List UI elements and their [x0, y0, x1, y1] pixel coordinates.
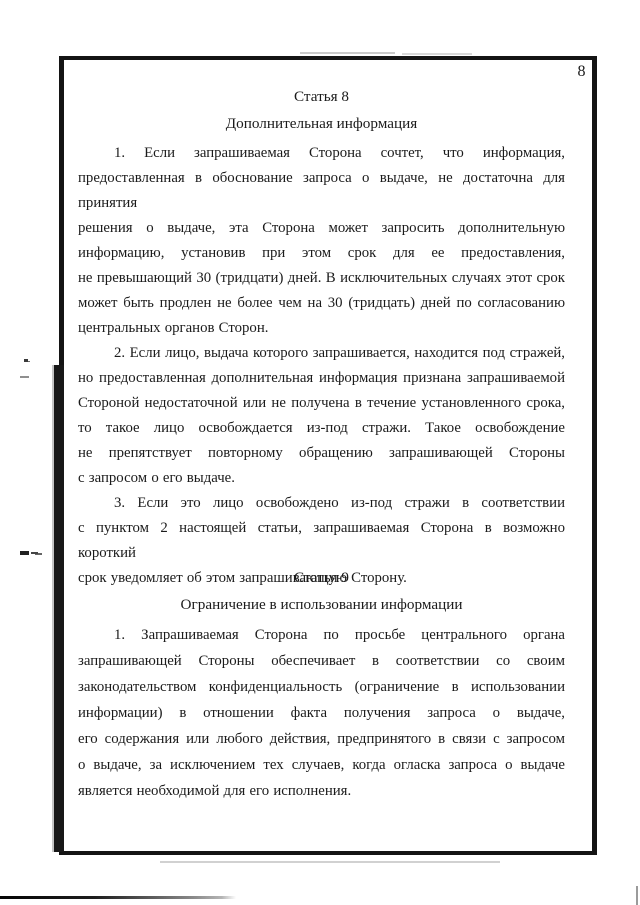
text-line: Стороной недостаточной или не получена в…: [78, 391, 565, 416]
text-line: является необходимой для его исполнения.: [78, 778, 565, 804]
text-line: с запросом о его выдаче.: [78, 466, 565, 491]
article-9-body: 1. Запрашиваемая Сторона по просьбе цент…: [78, 622, 565, 804]
text-line: информации) в отношении факта получения …: [78, 700, 565, 726]
text-line: центральных органов Сторон.: [78, 316, 565, 341]
article-8-body: 1. Если запрашиваемая Сторона сочтет, чт…: [78, 141, 565, 591]
article-8-title: Статья 8: [78, 87, 565, 107]
scan-speck: [24, 359, 28, 362]
scan-artifact-left-border-bar: [54, 365, 64, 852]
text-line: то такое лицо освобождается из-под страж…: [78, 416, 565, 441]
article-9-subtitle: Ограничение в использовании информации: [78, 595, 565, 615]
text-line: не превышающий 30 (тридцати) дней. В иск…: [78, 266, 565, 291]
paragraph: 1. Если запрашиваемая Сторона сочтет, чт…: [78, 141, 565, 341]
text-line: решения о выдаче, эта Сторона может запр…: [78, 216, 565, 241]
text-line: его содержания или любого действия, пред…: [78, 726, 565, 752]
paragraph: 1. Запрашиваемая Сторона по просьбе цент…: [78, 622, 565, 804]
scan-noise-top-border: [402, 53, 472, 55]
text-line: о выдаче, за исключением тех случаев, ко…: [78, 752, 565, 778]
text-line: 1. Запрашиваемая Сторона по просьбе цент…: [78, 622, 565, 648]
scan-noise-top-border: [300, 52, 395, 54]
scan-noise-bottom-border: [160, 861, 500, 863]
text-line: но предоставленная дополнительная информ…: [78, 366, 565, 391]
scanned-document-page: 8 Статья 8 Дополнительная информация 1. …: [0, 0, 640, 905]
scan-dash: [20, 551, 29, 555]
text-line: 1. Если запрашиваемая Сторона сочтет, чт…: [78, 141, 565, 166]
scan-artifact-bottom-line: [0, 896, 236, 899]
scan-dash: [20, 376, 29, 378]
text-line: не препятствует повторному обращению зап…: [78, 441, 565, 466]
text-line: запрашивающей Стороны обеспечивает в соо…: [78, 648, 565, 674]
article-8-subtitle: Дополнительная информация: [78, 114, 565, 134]
text-line: предоставленная в обоснование запроса о …: [78, 166, 565, 216]
text-line: может быть продлен не более чем на 30 (т…: [78, 291, 565, 316]
text-line: законодательством конфиденциальность (ог…: [78, 674, 565, 700]
text-line: 2. Если лицо, выдача которого запрашивае…: [78, 341, 565, 366]
text-line: 3. Если это лицо освобождено из-под стра…: [78, 491, 565, 516]
text-line: информацию, установив при этом срок для …: [78, 241, 565, 266]
article-9-title: Статья 9: [78, 568, 565, 588]
paragraph: 2. Если лицо, выдача которого запрашивае…: [78, 341, 565, 491]
scan-artifact-right-edge: [636, 886, 638, 905]
page-number: 8: [558, 61, 586, 83]
text-line: с пунктом 2 настоящей статьи, запрашивае…: [78, 516, 565, 566]
